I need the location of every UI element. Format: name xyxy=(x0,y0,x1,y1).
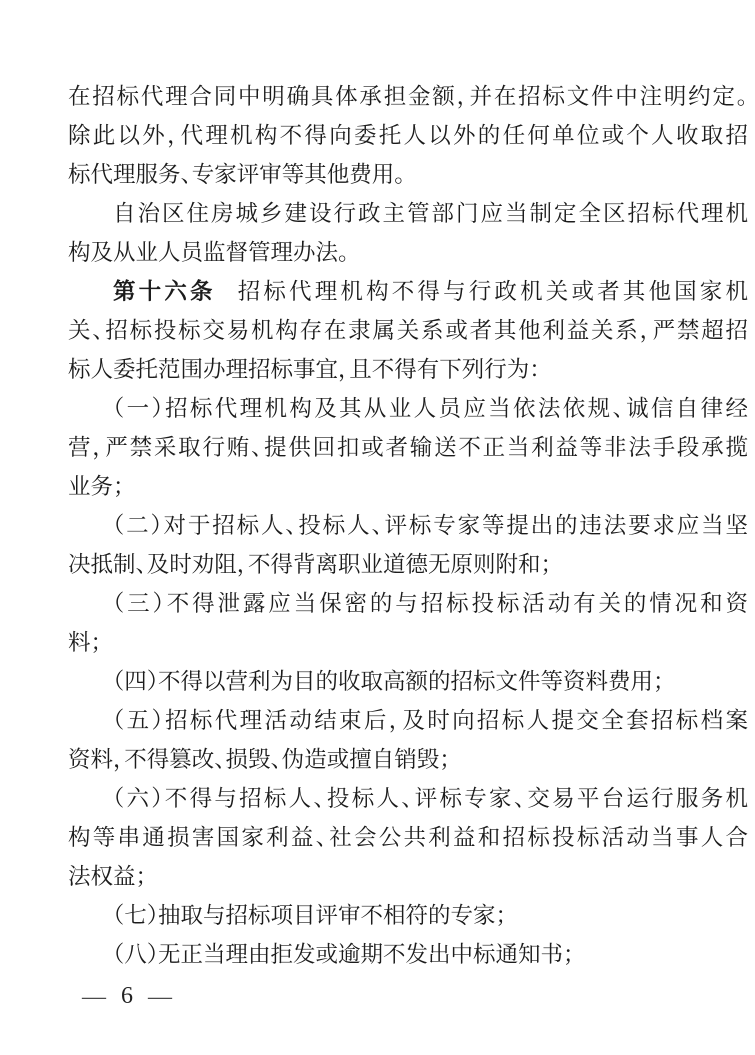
text-line: 关、招标投标交易机构存在隶属关系或者其他利益关系，严禁超招 xyxy=(68,311,748,350)
text-line: （一）招标代理机构及其从业人员应当依法依规、诚信自律经 xyxy=(68,389,748,428)
line-text: 决抵制、及时劝阻，不得背离职业道德无原则附和； xyxy=(68,552,552,577)
document-body: 在招标代理合同中明确具体承担金额，并在招标文件中注明约定。除此以外，代理机构不得… xyxy=(68,77,748,974)
text-line: 除此以外，代理机构不得向委托人以外的任何单位或个人收取招 xyxy=(68,116,748,155)
document-page: 在招标代理合同中明确具体承担金额，并在招标文件中注明约定。除此以外，代理机构不得… xyxy=(0,0,755,1055)
text-line: （二）对于招标人、投标人、评标专家等提出的违法要求应当坚 xyxy=(68,506,748,545)
text-line: 自治区住房城乡建设行政主管部门应当制定全区招标代理机 xyxy=(68,194,748,233)
footer-dash-left: — xyxy=(82,985,106,1009)
paragraph: （二）对于招标人、投标人、评标专家等提出的违法要求应当坚决抵制、及时劝阻，不得背… xyxy=(68,506,748,584)
paragraph: （八）无正当理由拒发或逾期不发出中标通知书； xyxy=(68,935,748,974)
line-text: 自治区住房城乡建设行政主管部门应当制定全区招标代理机 xyxy=(113,201,748,226)
paragraph: （五）招标代理活动结束后，及时向招标人提交全套招标档案资料，不得篡改、损毁、伪造… xyxy=(68,701,748,779)
line-text: 构及从业人员监督管理办法。 xyxy=(68,240,349,265)
paragraph: 第十六条招标代理机构不得与行政机关或者其他国家机关、招标投标交易机构存在隶属关系… xyxy=(68,272,748,389)
line-text: （一）招标代理机构及其从业人员应当依法依规、诚信自律经 xyxy=(113,396,748,421)
line-text: 除此以外，代理机构不得向委托人以外的任何单位或个人收取招 xyxy=(68,123,748,148)
text-line: （七）抽取与招标项目评审不相符的专家； xyxy=(68,896,748,935)
text-line: （八）无正当理由拒发或逾期不发出中标通知书； xyxy=(68,935,748,974)
line-text: 营，严禁采取行贿、提供回扣或者输送不正当利益等非法手段承揽 xyxy=(68,435,748,460)
line-text: 业务； xyxy=(68,474,124,499)
line-text: 关、招标投标交易机构存在隶属关系或者其他利益关系，严禁超招 xyxy=(68,318,748,343)
text-line: 资料，不得篡改、损毁、伪造或擅自销毁； xyxy=(68,740,748,779)
text-line: 决抵制、及时劝阻，不得背离职业道德无原则附和； xyxy=(68,545,748,584)
line-text: 标代理服务、专家评审等其他费用。 xyxy=(68,162,406,187)
line-text: 在招标代理合同中明确具体承担金额，并在招标文件中注明约定。 xyxy=(68,84,748,109)
line-text: （三）不得泄露应当保密的与招标投标活动有关的情况和资 xyxy=(113,591,748,616)
line-text: 法权益； xyxy=(68,864,147,889)
page-number: 6 xyxy=(121,983,133,1010)
text-line: 构等串通损害国家利益、社会公共利益和招标投标活动当事人合 xyxy=(68,818,748,857)
text-line: 料； xyxy=(68,623,748,662)
text-line: 法权益； xyxy=(68,857,748,896)
line-text: （六）不得与招标人、投标人、评标专家、交易平台运行服务机 xyxy=(113,786,748,811)
paragraph: （四）不得以营利为目的收取高额的招标文件等资料费用； xyxy=(68,662,748,701)
line-text: （五）招标代理活动结束后，及时向招标人提交全套招标档案 xyxy=(113,708,748,733)
text-line: （四）不得以营利为目的收取高额的招标文件等资料费用； xyxy=(68,662,748,701)
text-line: 在招标代理合同中明确具体承担金额，并在招标文件中注明约定。 xyxy=(68,77,748,116)
text-line: （六）不得与招标人、投标人、评标专家、交易平台运行服务机 xyxy=(68,779,748,818)
line-text: 招标代理机构不得与行政机关或者其他国家机 xyxy=(238,279,748,304)
text-line: 构及从业人员监督管理办法。 xyxy=(68,233,748,272)
page-footer: — 6 — xyxy=(82,983,172,1010)
line-text: （八）无正当理由拒发或逾期不发出中标通知书； xyxy=(113,942,574,967)
paragraph: （六）不得与招标人、投标人、评标专家、交易平台运行服务机构等串通损害国家利益、社… xyxy=(68,779,748,896)
text-line: 标人委托范围办理招标事宜，且不得有下列行为： xyxy=(68,350,748,389)
paragraph: （三）不得泄露应当保密的与招标投标活动有关的情况和资料； xyxy=(68,584,748,662)
line-text: 标人委托范围办理招标事宜，且不得有下列行为： xyxy=(68,357,541,382)
paragraph: （七）抽取与招标项目评审不相符的专家； xyxy=(68,896,748,935)
paragraph: 自治区住房城乡建设行政主管部门应当制定全区招标代理机构及从业人员监督管理办法。 xyxy=(68,194,748,272)
text-line: （三）不得泄露应当保密的与招标投标活动有关的情况和资 xyxy=(68,584,748,623)
line-text: 构等串通损害国家利益、社会公共利益和招标投标活动当事人合 xyxy=(68,825,748,850)
text-line: 标代理服务、专家评审等其他费用。 xyxy=(68,155,748,194)
paragraph: 在招标代理合同中明确具体承担金额，并在招标文件中注明约定。除此以外，代理机构不得… xyxy=(68,77,748,194)
text-line: 营，严禁采取行贿、提供回扣或者输送不正当利益等非法手段承揽 xyxy=(68,428,748,467)
text-line: 第十六条招标代理机构不得与行政机关或者其他国家机 xyxy=(68,272,748,311)
text-line: （五）招标代理活动结束后，及时向招标人提交全套招标档案 xyxy=(68,701,748,740)
text-line: 业务； xyxy=(68,467,748,506)
footer-dash-right: — xyxy=(148,985,172,1009)
line-text: （二）对于招标人、投标人、评标专家等提出的违法要求应当坚 xyxy=(113,513,748,538)
paragraph: （一）招标代理机构及其从业人员应当依法依规、诚信自律经营，严禁采取行贿、提供回扣… xyxy=(68,389,748,506)
line-text: 资料，不得篡改、损毁、伪造或擅自销毁； xyxy=(68,747,451,772)
line-text: （七）抽取与招标项目评审不相符的专家； xyxy=(113,903,507,928)
line-text: （四）不得以营利为目的收取高额的招标文件等资料费用； xyxy=(113,669,664,694)
line-text: 料； xyxy=(68,630,102,655)
article-number: 第十六条 xyxy=(113,279,216,304)
